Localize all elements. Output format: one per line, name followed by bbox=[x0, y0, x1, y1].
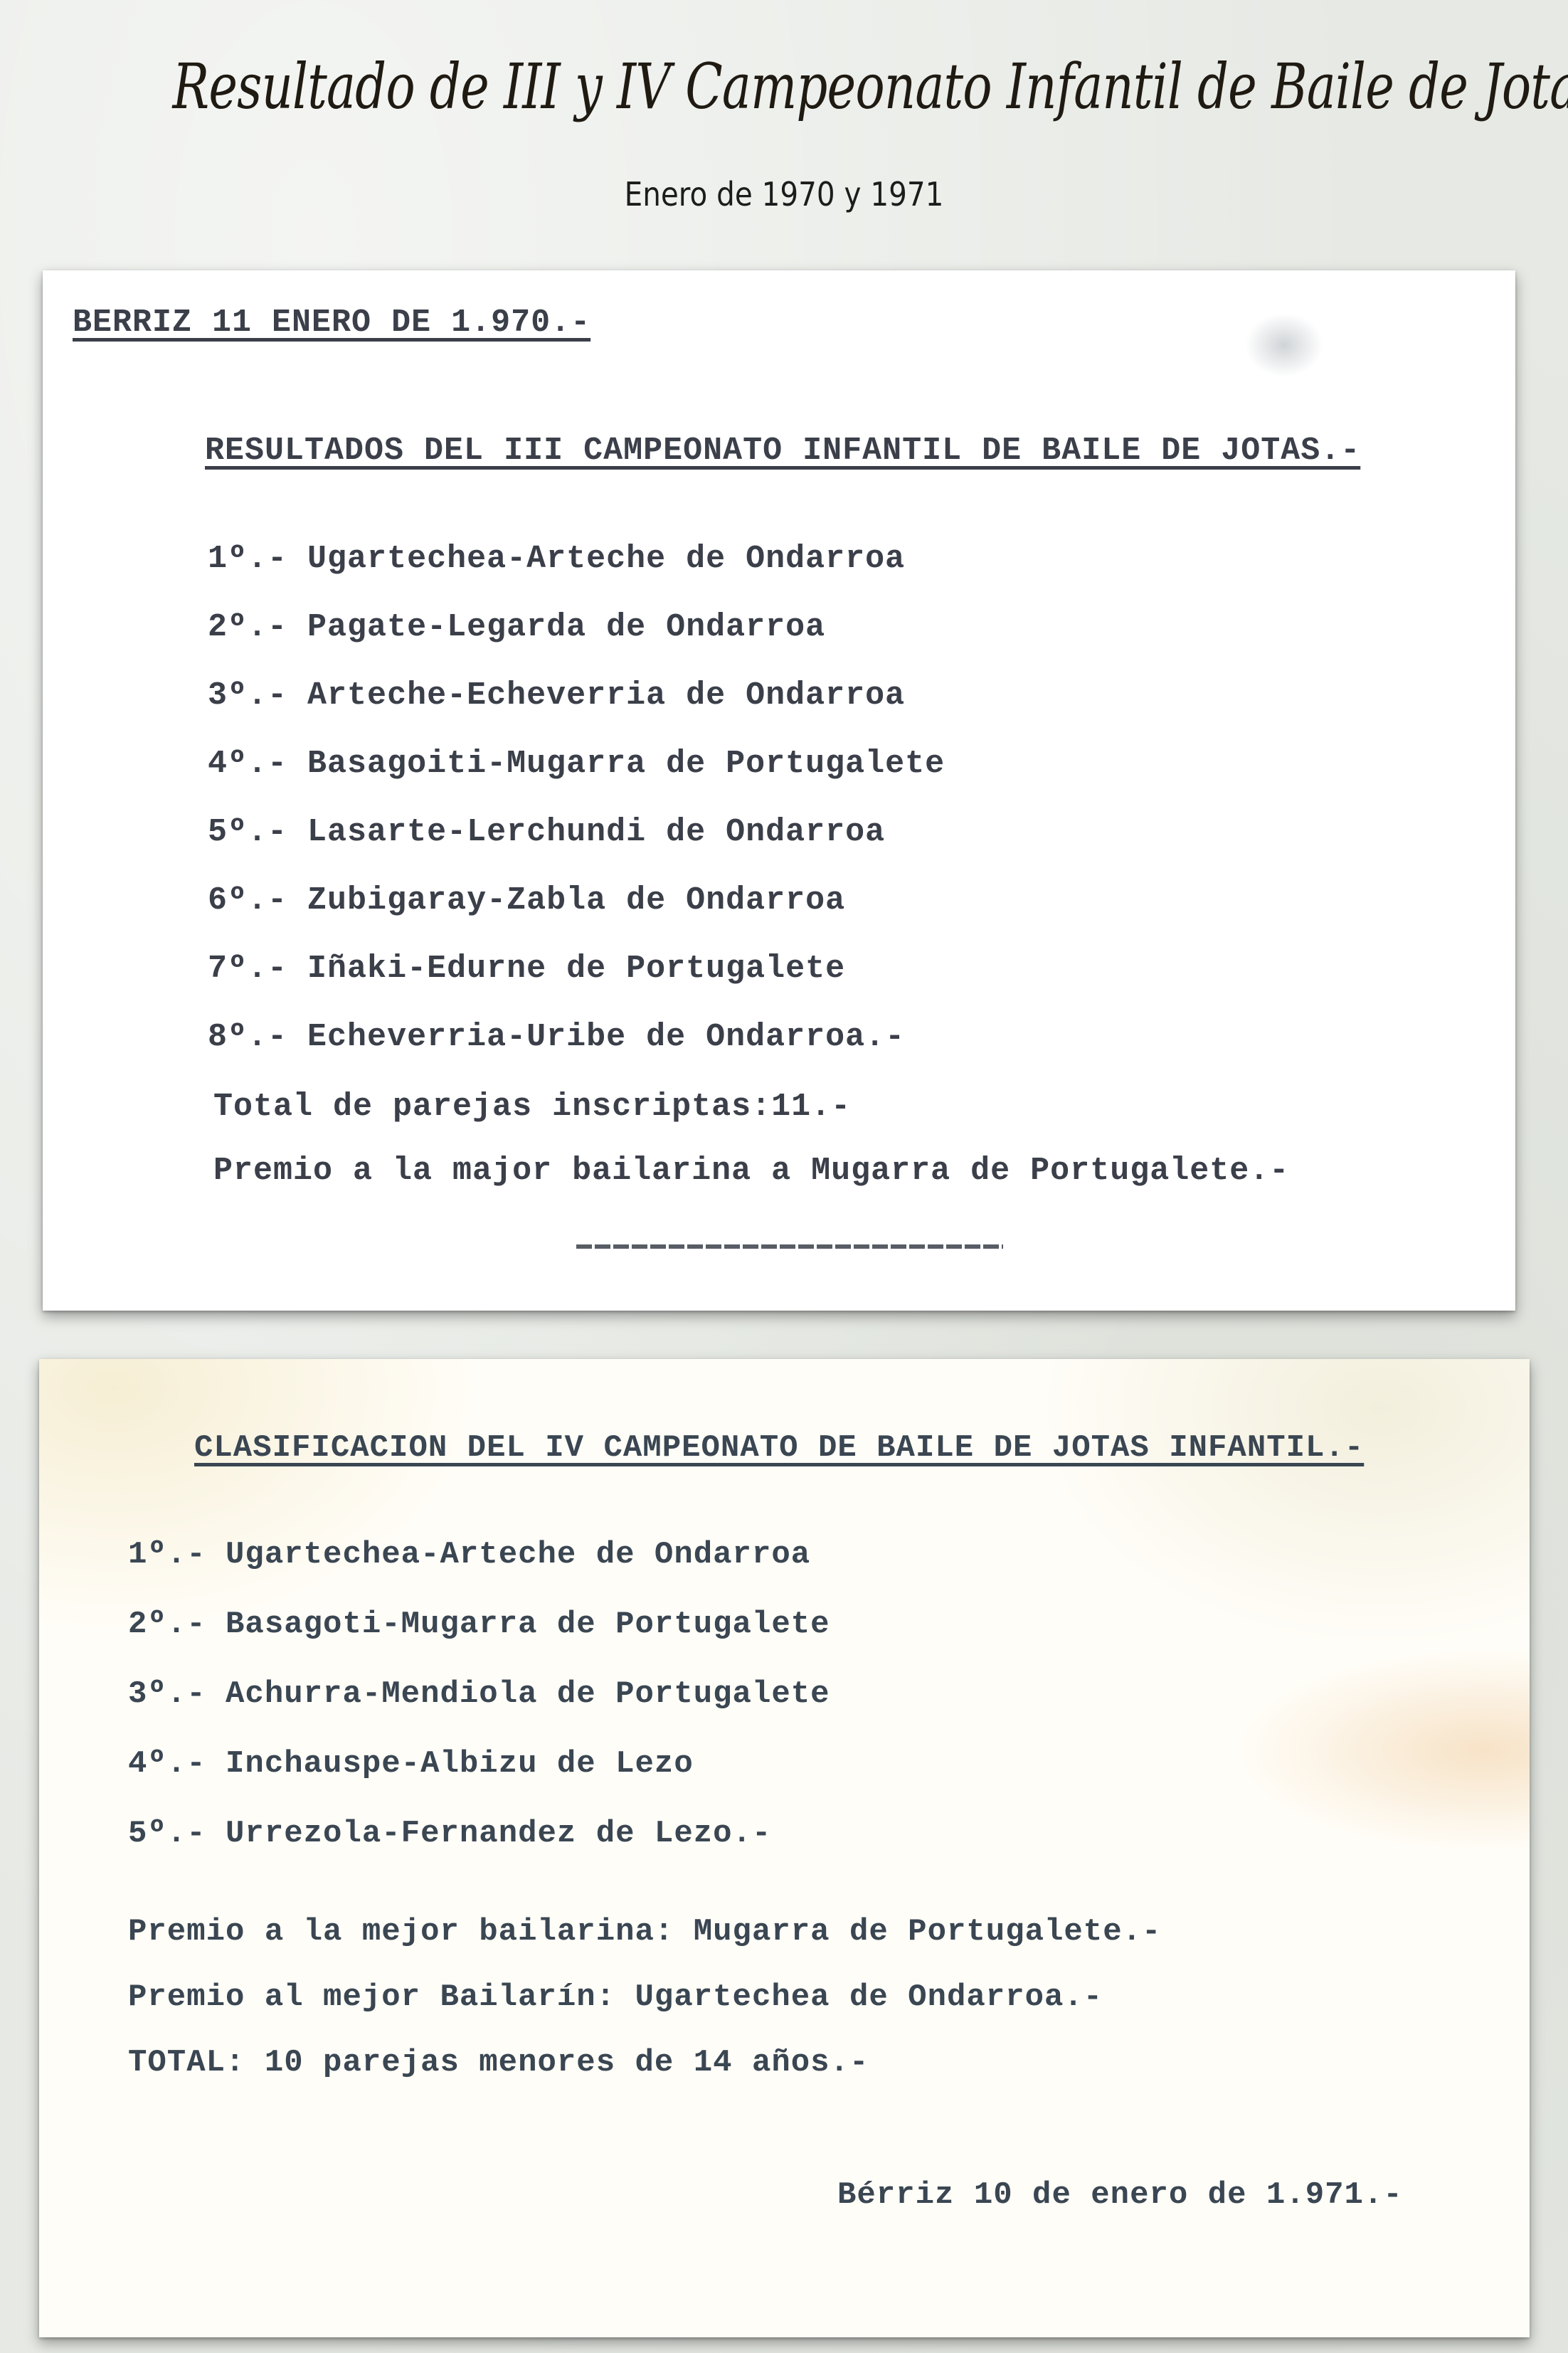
result-row-1971: 4º.- Inchauspe-Albizu de Lezo bbox=[128, 1746, 694, 1782]
result-pair: Ugartechea-Arteche de Ondarroa bbox=[226, 1537, 810, 1572]
result-pair: Echeverria-Uribe de Ondarroa.- bbox=[307, 1019, 905, 1055]
heading-1970: RESULTADOS DEL III CAMPEONATO INFANTIL D… bbox=[205, 433, 1360, 469]
result-place: 3º.- bbox=[208, 677, 287, 714]
result-place: 2º.- bbox=[208, 609, 287, 645]
result-place: 5º.- bbox=[208, 814, 287, 850]
result-pair: Lasarte-Lerchundi de Ondarroa bbox=[307, 814, 885, 850]
best-male-dancer-award-1971: Premio al mejor Bailarín: Ugartechea de … bbox=[128, 1979, 1103, 2015]
result-row-1970: 1º.- Ugartechea-Arteche de Ondarroa bbox=[208, 541, 905, 577]
total-pairs-1970: Total de parejas inscriptas:11.- bbox=[213, 1089, 851, 1125]
result-row-1970: 6º.- Zubigaray-Zabla de Ondarroa bbox=[208, 882, 845, 919]
result-pair: Basagoti-Mugarra de Portugalete bbox=[226, 1607, 830, 1642]
result-pair: Inchauspe-Albizu de Lezo bbox=[226, 1746, 694, 1782]
result-row-1971: 2º.- Basagoti-Mugarra de Portugalete bbox=[128, 1607, 830, 1642]
result-place: 5º.- bbox=[128, 1816, 206, 1851]
result-place: 2º.- bbox=[128, 1607, 206, 1642]
document-1971: CLASIFICACION DEL IV CAMPEONATO DE BAILE… bbox=[39, 1359, 1530, 2337]
result-place: 1º.- bbox=[208, 541, 287, 577]
signature-date-1971: Bérriz 10 de enero de 1.971.- bbox=[837, 2177, 1403, 2213]
result-row-1971: 3º.- Achurra-Mendiola de Portugalete bbox=[128, 1676, 830, 1712]
result-row-1970: 4º.- Basagoiti-Mugarra de Portugalete bbox=[208, 746, 945, 782]
result-row-1970: 7º.- Iñaki-Edurne de Portugalete bbox=[208, 951, 845, 987]
result-pair: Arteche-Echeverria de Ondarroa bbox=[307, 677, 905, 714]
document-1970: BERRIZ 11 ENERO DE 1.970.- RESULTADOS DE… bbox=[43, 270, 1515, 1311]
best-female-dancer-award-1971: Premio a la mejor bailarina: Mugarra de … bbox=[128, 1914, 1161, 1950]
result-row-1970: 5º.- Lasarte-Lerchundi de Ondarroa bbox=[208, 814, 885, 850]
result-pair: Iñaki-Edurne de Portugalete bbox=[307, 951, 845, 987]
result-place: 3º.- bbox=[128, 1676, 206, 1712]
result-pair: Achurra-Mendiola de Portugalete bbox=[226, 1676, 830, 1712]
ink-smudge bbox=[1245, 313, 1323, 377]
result-place: 8º.- bbox=[208, 1019, 287, 1055]
result-row-1971: 5º.- Urrezola-Fernandez de Lezo.- bbox=[128, 1816, 771, 1851]
result-pair: Basagoiti-Mugarra de Portugalete bbox=[307, 746, 945, 782]
result-place: 6º.- bbox=[208, 882, 287, 919]
result-place: 7º.- bbox=[208, 951, 287, 987]
result-row-1970: 8º.- Echeverria-Uribe de Ondarroa.- bbox=[208, 1019, 905, 1055]
result-place: 4º.- bbox=[128, 1746, 206, 1782]
result-place: 1º.- bbox=[128, 1537, 206, 1572]
result-pair: Urrezola-Fernandez de Lezo.- bbox=[226, 1816, 771, 1851]
result-place: 4º.- bbox=[208, 746, 287, 782]
result-pair: Pagate-Legarda de Ondarroa bbox=[307, 609, 825, 645]
result-row-1970: 2º.- Pagate-Legarda de Ondarroa bbox=[208, 609, 825, 645]
result-row-1971: 1º.- Ugartechea-Arteche de Ondarroa bbox=[128, 1537, 810, 1572]
divider-line bbox=[576, 1244, 1003, 1249]
page-title: Resultado de III y IV Campeonato Infanti… bbox=[172, 50, 1395, 123]
total-pairs-1971: TOTAL: 10 parejas menores de 14 años.- bbox=[128, 2045, 869, 2080]
result-row-1970: 3º.- Arteche-Echeverria de Ondarroa bbox=[208, 677, 905, 714]
result-pair: Zubigaray-Zabla de Ondarroa bbox=[307, 882, 845, 919]
page-subtitle: Enero de 1970 y 1971 bbox=[94, 175, 1474, 213]
date-line-1970: BERRIZ 11 ENERO DE 1.970.- bbox=[73, 305, 590, 341]
best-dancer-award-1970: Premio a la major bailarina a Mugarra de… bbox=[213, 1153, 1289, 1189]
result-pair: Ugartechea-Arteche de Ondarroa bbox=[307, 541, 905, 577]
heading-1971: CLASIFICACION DEL IV CAMPEONATO DE BAILE… bbox=[194, 1430, 1364, 1466]
